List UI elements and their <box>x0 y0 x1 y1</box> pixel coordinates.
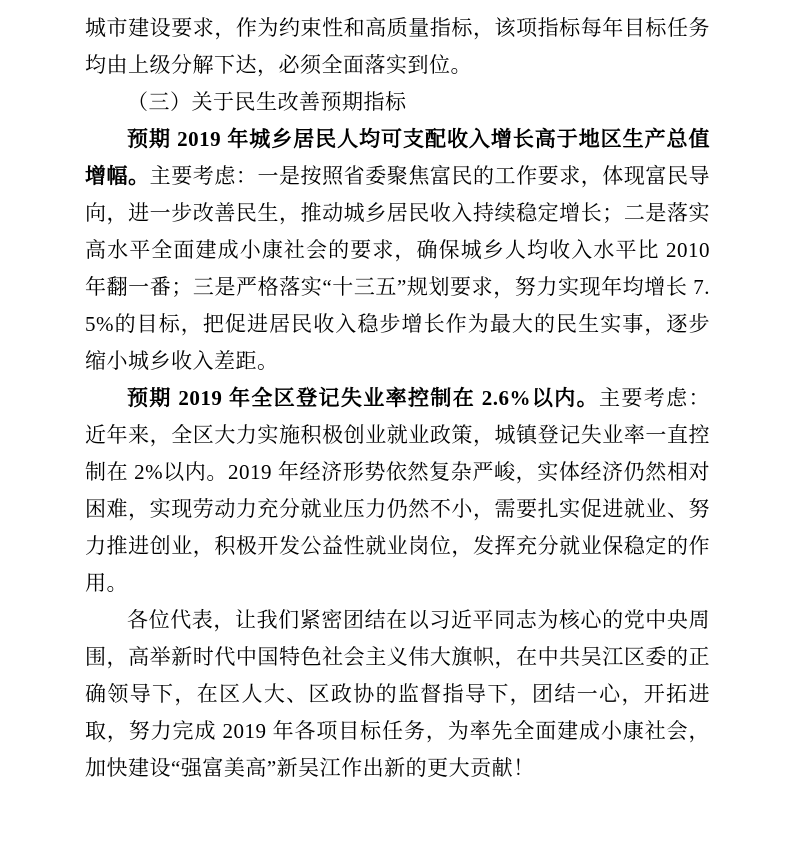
text-run: 各位代表，让我们紧密团结在以习近平同志为核心的党中央周围，高举新时代中国特色社会… <box>85 608 710 780</box>
text-run: 预期 2019 年全区登记失业率控制在 2.6%以内。 <box>127 386 599 410</box>
text-run: 主要考虑：近年来，全区大力实施积极创业就业政策，城镇登记失业率一直控制在 2%以… <box>85 386 710 595</box>
paragraph: 预期 2019 年城乡居民人均可支配收入增长高于地区生产总值增幅。主要考虑：一是… <box>85 121 710 380</box>
text-run: （三）关于民生改善预期指标 <box>127 90 407 114</box>
paragraph: 城市建设要求，作为约束性和高质量指标，该项指标每年目标任务均由上级分解下达，必须… <box>85 10 710 84</box>
document-page: 城市建设要求，作为约束性和高质量指标，该项指标每年目标任务均由上级分解下达，必须… <box>0 0 793 851</box>
text-run: 城市建设要求，作为约束性和高质量指标，该项指标每年目标任务均由上级分解下达，必须… <box>85 16 710 77</box>
paragraph: 各位代表，让我们紧密团结在以习近平同志为核心的党中央周围，高举新时代中国特色社会… <box>85 602 710 787</box>
text-run: 主要考虑：一是按照省委聚焦富民的工作要求，体现富民导向，进一步改善民生，推动城乡… <box>85 164 710 373</box>
section-heading: （三）关于民生改善预期指标 <box>85 84 710 121</box>
document-body: 城市建设要求，作为约束性和高质量指标，该项指标每年目标任务均由上级分解下达，必须… <box>85 10 710 787</box>
paragraph: 预期 2019 年全区登记失业率控制在 2.6%以内。主要考虑：近年来，全区大力… <box>85 380 710 602</box>
